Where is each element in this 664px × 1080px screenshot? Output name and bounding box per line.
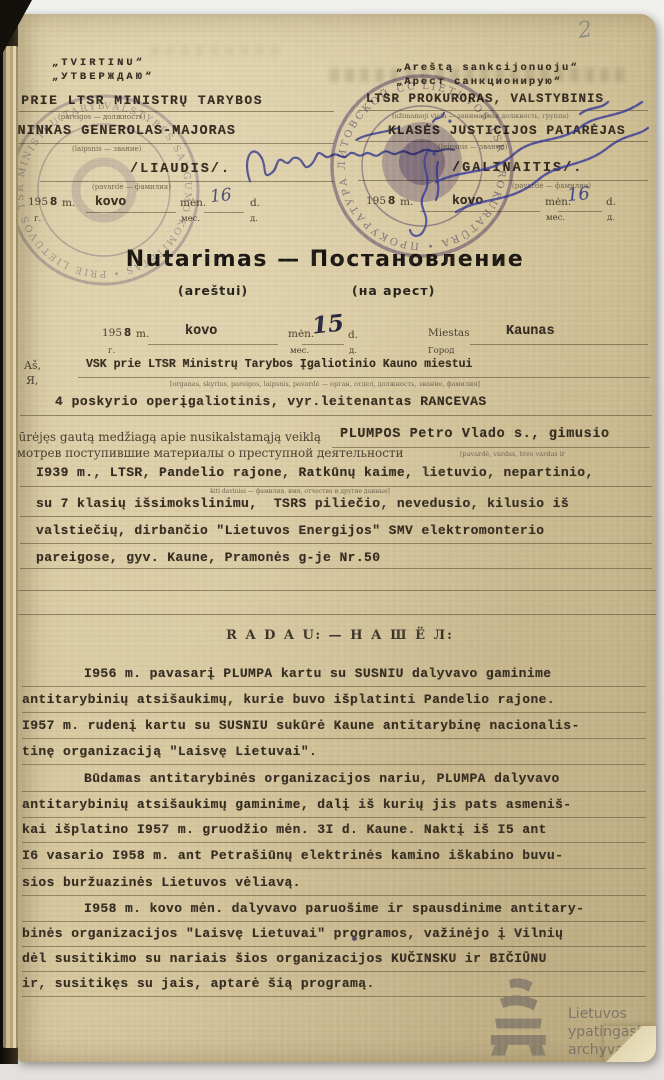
title-d-label: d. bbox=[348, 329, 358, 341]
watermark-line1: Lietuvos bbox=[568, 1006, 627, 1022]
ghost-text-smudge bbox=[150, 46, 280, 56]
title-m-label: m. bbox=[136, 328, 149, 340]
form-rule bbox=[302, 344, 344, 345]
form-suspect-line: PLUMPOS Petro Vlado s., gimusio bbox=[340, 427, 610, 442]
title-day-handwritten: 15 bbox=[311, 309, 346, 339]
title-sub-lt: (areštui) bbox=[178, 283, 248, 298]
form-rule bbox=[148, 344, 278, 345]
form-rule bbox=[20, 543, 652, 544]
form-bio-line2: su 7 klasių išsimokslinimu, TSRS pilieči… bbox=[36, 496, 569, 511]
form-rule bbox=[20, 516, 652, 517]
typed-line: sios buržuazinės Lietuvos vėliavą. bbox=[22, 870, 646, 896]
typed-line: I6 vasario I958 m. ant Petrašiūnų elektr… bbox=[22, 843, 646, 869]
form-i-lt: Aš, bbox=[24, 359, 41, 372]
page-corner-curl bbox=[604, 1026, 656, 1062]
title-year-prefix: 195 bbox=[102, 327, 122, 339]
title-city: Kaunas bbox=[506, 324, 555, 339]
form-unit-line: VSK prie LTSR Ministrų Tarybos Įgaliotin… bbox=[86, 358, 472, 371]
title-g-label: г. bbox=[108, 346, 115, 356]
form-bio-line3: valstiečių, dirbančio "Lietuvos Energijo… bbox=[36, 523, 544, 538]
form-rule bbox=[16, 614, 656, 615]
approve-day-handwritten: 16 bbox=[209, 185, 233, 207]
title-city-label: Miestas bbox=[428, 327, 470, 339]
form-rule bbox=[470, 344, 648, 345]
form-bio-caption: kiti daviniai — фамилия, имя, отчество и… bbox=[110, 488, 490, 495]
title-year-digit: 8 bbox=[124, 326, 131, 340]
found-heading: R A D A U: — Н А Ш Ё Л: bbox=[60, 628, 620, 643]
typed-line: ir, susitikęs su jais, aptarė šią progra… bbox=[22, 971, 646, 997]
title-mes-label: мес. bbox=[290, 346, 309, 356]
form-officer-line: 4 poskyrio operįgaliotinis, vyr.leitenan… bbox=[55, 394, 487, 409]
title-dd-label: д. bbox=[349, 346, 357, 356]
form-reviewed-ru: Рассмотрев поступившие материалы о прест… bbox=[0, 446, 404, 460]
form-rule bbox=[78, 377, 650, 378]
typed-line: I958 m. kovo mėn. dalyvavo paruošime ir … bbox=[22, 896, 646, 922]
title-city-sub-label: Город bbox=[428, 346, 455, 356]
archive-logo bbox=[486, 972, 550, 1062]
title-sub-ru: (на арест) bbox=[352, 283, 435, 298]
form-rule bbox=[20, 415, 652, 416]
form-bio-line1: I939 m., LTSR, Pandelio rajone, Ratkūnų … bbox=[36, 465, 594, 480]
form-rule bbox=[20, 486, 652, 487]
ink-annotation bbox=[430, 84, 655, 239]
typed-line: kai išplatino I957 m. gruodžio mėn. 3I d… bbox=[22, 817, 646, 843]
ink-annotation bbox=[398, 142, 453, 242]
form-rule bbox=[16, 590, 656, 591]
typed-line: Būdamas antitarybinės organizacijos nari… bbox=[22, 766, 646, 792]
typed-line: antitarybinių atsišaukimų gaminime, dalį… bbox=[22, 792, 646, 818]
form-bio-line4: pareigose, gyv. Kaune, Pramonės g-je Nr.… bbox=[36, 550, 380, 565]
form-rule bbox=[204, 212, 244, 213]
title-month: kovo bbox=[185, 324, 217, 339]
scanned-document-photo: „TVIRTINU“ „УТВЕРЖДАЮ“ VSK PRIE LTSR MIN… bbox=[0, 0, 664, 1080]
form-rule bbox=[20, 568, 652, 569]
typed-line: binės organizacijos "Laisvę Lietuvai" pr… bbox=[22, 921, 646, 947]
typed-line: dėl susitikimo su nariais šios organizac… bbox=[22, 946, 646, 972]
typed-line: tinę organizaciją "Laisvę Lietuvai". bbox=[22, 739, 646, 765]
typed-line: antitarybinių atsišaukimų, kurie buvo iš… bbox=[22, 687, 646, 713]
form-reviewed-lt: Peržiūrėjęs gautą medžiagą apie nusikals… bbox=[0, 430, 321, 444]
stacked-page-edges bbox=[3, 46, 18, 1048]
typed-line: I956 m. pavasarį PLUMPA kartu su SUSNIU … bbox=[22, 661, 646, 687]
document-title: Nutarimas — Постановление bbox=[90, 247, 560, 272]
title-men-label: mėn. bbox=[288, 328, 314, 340]
approve-quote-ru: „УТВЕРЖДАЮ“ bbox=[52, 71, 154, 83]
typed-line: I957 m. rudenį kartu su SUSNIU sukūrė Ka… bbox=[22, 713, 646, 739]
ink-dot bbox=[352, 936, 357, 941]
approve-dd-label: д. bbox=[250, 214, 258, 224]
form-i-ru: Я, bbox=[26, 374, 38, 387]
form-unit-caption: [organas, skyrius, pareigos, laipsnis, p… bbox=[110, 380, 540, 388]
approve-quote-lt: „TVIRTINU“ bbox=[52, 57, 145, 69]
form-suspect-caption: [pavardė, vardas, tėvo vardas ir bbox=[460, 450, 565, 458]
